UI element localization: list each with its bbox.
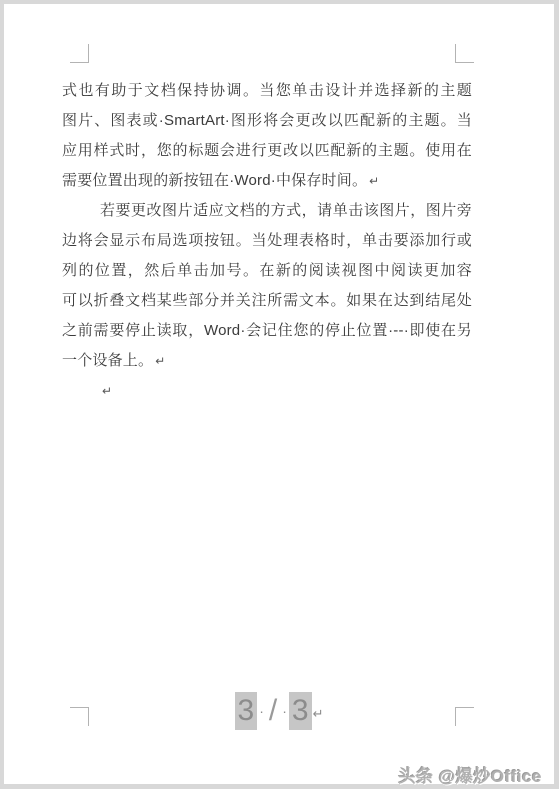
document-page[interactable]: 式也有助于文档保持协调。当您单击设计并选择新的主题时，图片、图表或·SmartA… [4, 4, 554, 784]
crop-mark-top-right [455, 44, 474, 63]
crop-mark-top-left [70, 44, 89, 63]
page-number-footer: 3·/·3↵ [4, 692, 554, 733]
text-line[interactable]: 列的位置，然后单击加号。在新的阅读视图中阅读更加容易。 [62, 256, 472, 286]
text-run: 边将会显示布局选项按钮。当处理表格时，单击要添加行或 [62, 232, 472, 249]
watermark-text: 头条 @爆炒Office [399, 762, 542, 787]
text-run: 若要更改图片适应文档的方式，请单击该图片，图片旁 [100, 202, 472, 219]
paragraph-mark: ↵ [369, 174, 379, 188]
word-document-canvas: 式也有助于文档保持协调。当您单击设计并选择新的主题时，图片、图表或·SmartA… [0, 0, 559, 789]
page-number-current: 3 [235, 692, 258, 730]
text-line[interactable]: 若要更改图片适应文档的方式，请单击该图片，图片旁 [62, 196, 472, 226]
text-line[interactable]: 一个设备上。↵ [62, 346, 472, 376]
page-number-total: 3 [289, 692, 312, 730]
text-line[interactable]: 边将会显示布局选项按钮。当处理表格时，单击要添加行或 [62, 226, 472, 256]
text-line[interactable]: 图片、图表或·SmartArt·图形将会更改以匹配新的主题。当 [62, 106, 472, 136]
footer-paragraph-mark: ↵ [313, 706, 324, 721]
text-run: 式也有助于文档保持协调。当您单击设计并选择新的主题时， [62, 82, 472, 106]
text-run: 一个设备上。 [62, 352, 153, 369]
space-mark-left: · [257, 703, 266, 719]
text-run: 可以折叠文档某些部分并关注所需文本。如果在达到结尾处 [62, 292, 472, 309]
document-text[interactable]: 式也有助于文档保持协调。当您单击设计并选择新的主题时，图片、图表或·SmartA… [62, 76, 472, 406]
text-run: 列的位置，然后单击加号。在新的阅读视图中阅读更加容易。 [62, 262, 472, 286]
page-number-separator: / [266, 694, 280, 727]
text-line[interactable]: 式也有助于文档保持协调。当您单击设计并选择新的主题时， [62, 76, 472, 106]
text-line[interactable]: 需要位置出现的新按钮在·Word·中保存时间。↵ [62, 166, 472, 196]
text-run: 需要位置出现的新按钮在·Word·中保存时间。 [62, 172, 367, 189]
paragraph-mark: ↵ [102, 384, 112, 398]
text-line[interactable]: ↵ [62, 376, 472, 406]
text-line[interactable]: 之前需要停止读取，Word·会记住您的停止位置·--·即使在另 [62, 316, 472, 346]
space-mark-right: · [280, 703, 289, 719]
paragraph-mark: ↵ [155, 354, 165, 368]
text-run: 之前需要停止读取，Word·会记住您的停止位置·--·即使在另 [62, 322, 472, 339]
text-run: 图片、图表或·SmartArt·图形将会更改以匹配新的主题。当 [62, 112, 472, 129]
text-line[interactable]: 可以折叠文档某些部分并关注所需文本。如果在达到结尾处 [62, 286, 472, 316]
text-run: 应用样式时，您的标题会进行更改以匹配新的主题。使用在 [62, 142, 472, 159]
text-line[interactable]: 应用样式时，您的标题会进行更改以匹配新的主题。使用在 [62, 136, 472, 166]
